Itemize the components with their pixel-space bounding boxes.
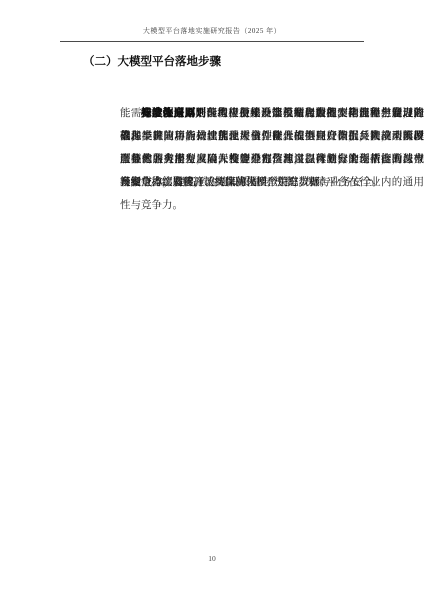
document-page: 大模型平台落地实施研究报告（2025 年） 能需求及服务部署能力，使平台建设贴合… [0,0,424,600]
running-head-title: 大模型平台落地实施研究报告（2025 年） [143,27,281,35]
section-heading: （二）大模型平台落地步骤 [60,51,364,74]
page-header: 大模型平台落地实施研究报告（2025 年） [60,27,364,42]
page-footer: 10 [0,554,424,563]
document-body: 能需求及服务部署能力，使平台建设贴合企业实际能力与发展需求。标准化原则：参考行业… [60,51,364,74]
text-run: 大模型平台的落地应用是一个系统化过程，构建科学合理的落地步骤，将为构建落地大模型… [120,108,424,188]
paragraph: 大模型平台的落地应用是一个系统化过程，构建科学合理的落地步骤，将为构建落地大模型… [120,102,424,194]
bold-text-run: （二）大模型平台落地步骤 [83,56,221,68]
page-number: 10 [208,554,216,563]
